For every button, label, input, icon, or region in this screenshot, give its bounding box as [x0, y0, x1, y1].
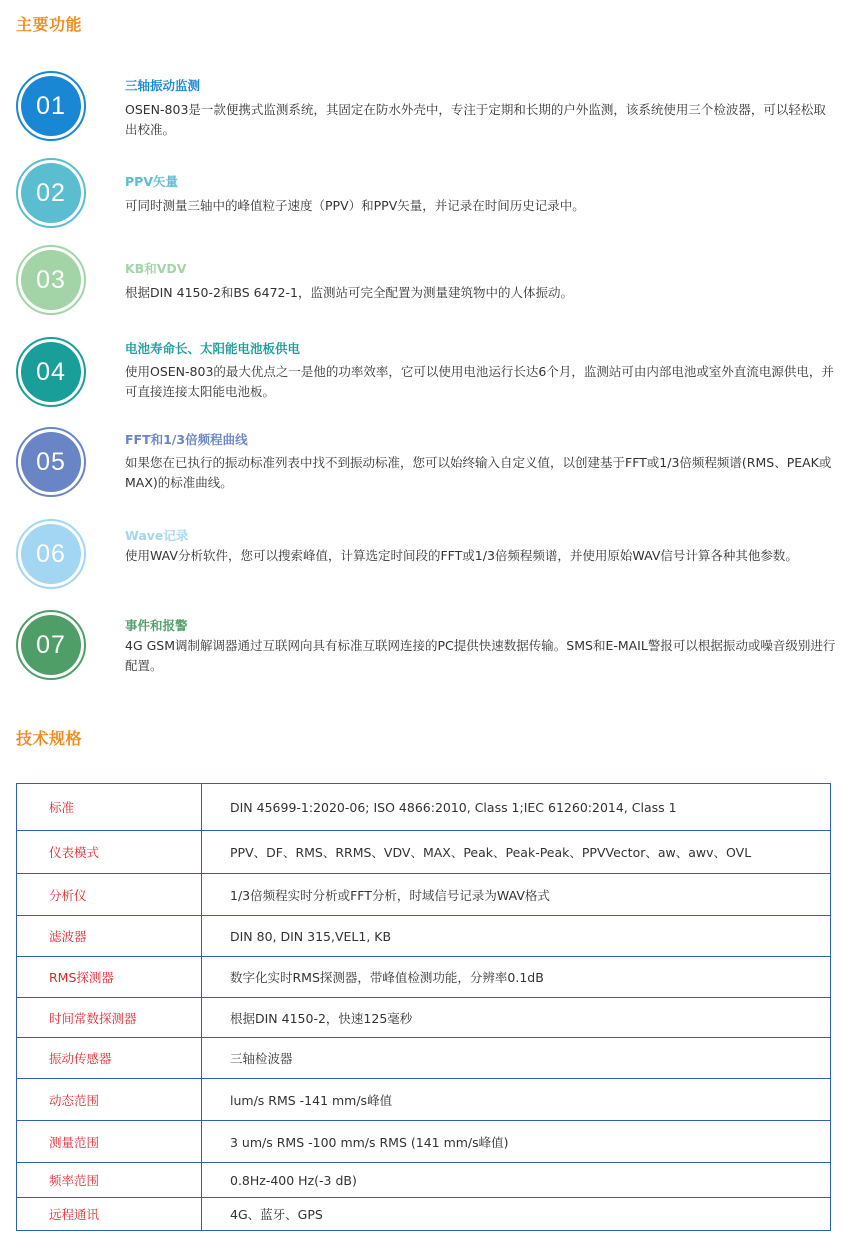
feature-title: FFT和1/3倍频程曲线 [125, 430, 248, 448]
spec-value: DIN 80, DIN 315,VEL1, KB [202, 916, 831, 957]
spec-label: 时间常数探测器 [17, 998, 202, 1038]
feature-description: 4G GSM调制解调器通过互联网向具有标准互联网连接的PC提供快速数据传输。SM… [125, 636, 837, 676]
spec-label: 测量范围 [17, 1121, 202, 1163]
number-badge: 01 [16, 71, 86, 141]
spec-value: 根据DIN 4150-2，快速125毫秒 [202, 998, 831, 1038]
spec-value: 4G、蓝牙、GPS [202, 1198, 831, 1231]
number-badge: 07 [16, 610, 86, 680]
table-row: 标准 DIN 45699-1:2020-06; ISO 4866:2010, C… [17, 784, 831, 831]
badge-number: 04 [21, 342, 81, 402]
spec-label: RMS探测器 [17, 957, 202, 998]
badge-number: 01 [21, 76, 81, 136]
spec-label: 滤波器 [17, 916, 202, 957]
feature-title: Wave记录 [125, 526, 188, 544]
number-badge: 06 [16, 519, 86, 589]
number-badge: 03 [16, 245, 86, 315]
spec-value: lum/s RMS -141 mm/s峰值 [202, 1079, 831, 1121]
feature-description: 如果您在已执行的振动标准列表中找不到振动标准，您可以始终输入自定义值，以创建基于… [125, 453, 837, 493]
spec-value: DIN 45699-1:2020-06; ISO 4866:2010, Clas… [202, 784, 831, 831]
feature-description: 使用WAV分析软件，您可以搜索峰值，计算选定时间段的FFT或1/3倍频程频谱，并… [125, 546, 837, 566]
section-title-features: 主要功能 [16, 12, 82, 35]
table-row: 测量范围 3 um/s RMS -100 mm/s RMS (141 mm/s峰… [17, 1121, 831, 1163]
table-row: 滤波器 DIN 80, DIN 315,VEL1, KB [17, 916, 831, 957]
number-badge: 02 [16, 158, 86, 228]
spec-label: 仪表模式 [17, 831, 202, 874]
feature-title: 三轴振动监测 [125, 76, 200, 94]
table-row: 远程通讯 4G、蓝牙、GPS [17, 1198, 831, 1231]
spec-value: 3 um/s RMS -100 mm/s RMS (141 mm/s峰值) [202, 1121, 831, 1163]
feature-description: OSEN-803是一款便携式监测系统，其固定在防水外壳中，专注于定期和长期的户外… [125, 100, 837, 140]
table-row: 时间常数探测器 根据DIN 4150-2，快速125毫秒 [17, 998, 831, 1038]
table-row: 动态范围 lum/s RMS -141 mm/s峰值 [17, 1079, 831, 1121]
spec-label: 振动传感器 [17, 1038, 202, 1079]
spec-value: 数字化实时RMS探测器，带峰值检测功能，分辨率0.1dB [202, 957, 831, 998]
feature-description: 可同时测量三轴中的峰值粒子速度（PPV）和PPV矢量，并记录在时间历史记录中。 [125, 196, 837, 216]
feature-title: 电池寿命长、太阳能电池板供电 [125, 339, 300, 357]
table-row: RMS探测器 数字化实时RMS探测器，带峰值检测功能，分辨率0.1dB [17, 957, 831, 998]
spec-label: 分析仪 [17, 874, 202, 916]
table-row: 频率范围 0.8Hz-400 Hz(-3 dB) [17, 1163, 831, 1198]
badge-number: 03 [21, 250, 81, 310]
feature-title: KB和VDV [125, 259, 186, 277]
table-row: 分析仪 1/3倍频程实时分析或FFT分析，时域信号记录为WAV格式 [17, 874, 831, 916]
badge-number: 06 [21, 524, 81, 584]
spec-label: 远程通讯 [17, 1198, 202, 1231]
feature-description: 使用OSEN-803的最大优点之一是他的功率效率，它可以使用电池运行长达6个月，… [125, 362, 837, 402]
number-badge: 05 [16, 427, 86, 497]
spec-value: PPV、DF、RMS、RRMS、VDV、MAX、Peak、Peak-Peak、P… [202, 831, 831, 874]
feature-title: PPV矢量 [125, 172, 178, 190]
badge-number: 07 [21, 615, 81, 675]
badge-number: 02 [21, 163, 81, 223]
feature-description: 根据DIN 4150-2和BS 6472-1，监测站可完全配置为测量建筑物中的人… [125, 283, 837, 303]
section-title-specs: 技术规格 [16, 726, 82, 749]
spec-value: 0.8Hz-400 Hz(-3 dB) [202, 1163, 831, 1198]
number-badge: 04 [16, 337, 86, 407]
badge-number: 05 [21, 432, 81, 492]
table-row: 振动传感器 三轴检波器 [17, 1038, 831, 1079]
spec-label: 频率范围 [17, 1163, 202, 1198]
spec-value: 1/3倍频程实时分析或FFT分析，时域信号记录为WAV格式 [202, 874, 831, 916]
spec-label: 标准 [17, 784, 202, 831]
table-row: 仪表模式 PPV、DF、RMS、RRMS、VDV、MAX、Peak、Peak-P… [17, 831, 831, 874]
feature-title: 事件和报警 [125, 616, 188, 634]
spec-value: 三轴检波器 [202, 1038, 831, 1079]
spec-table: 标准 DIN 45699-1:2020-06; ISO 4866:2010, C… [16, 783, 831, 1231]
spec-label: 动态范围 [17, 1079, 202, 1121]
